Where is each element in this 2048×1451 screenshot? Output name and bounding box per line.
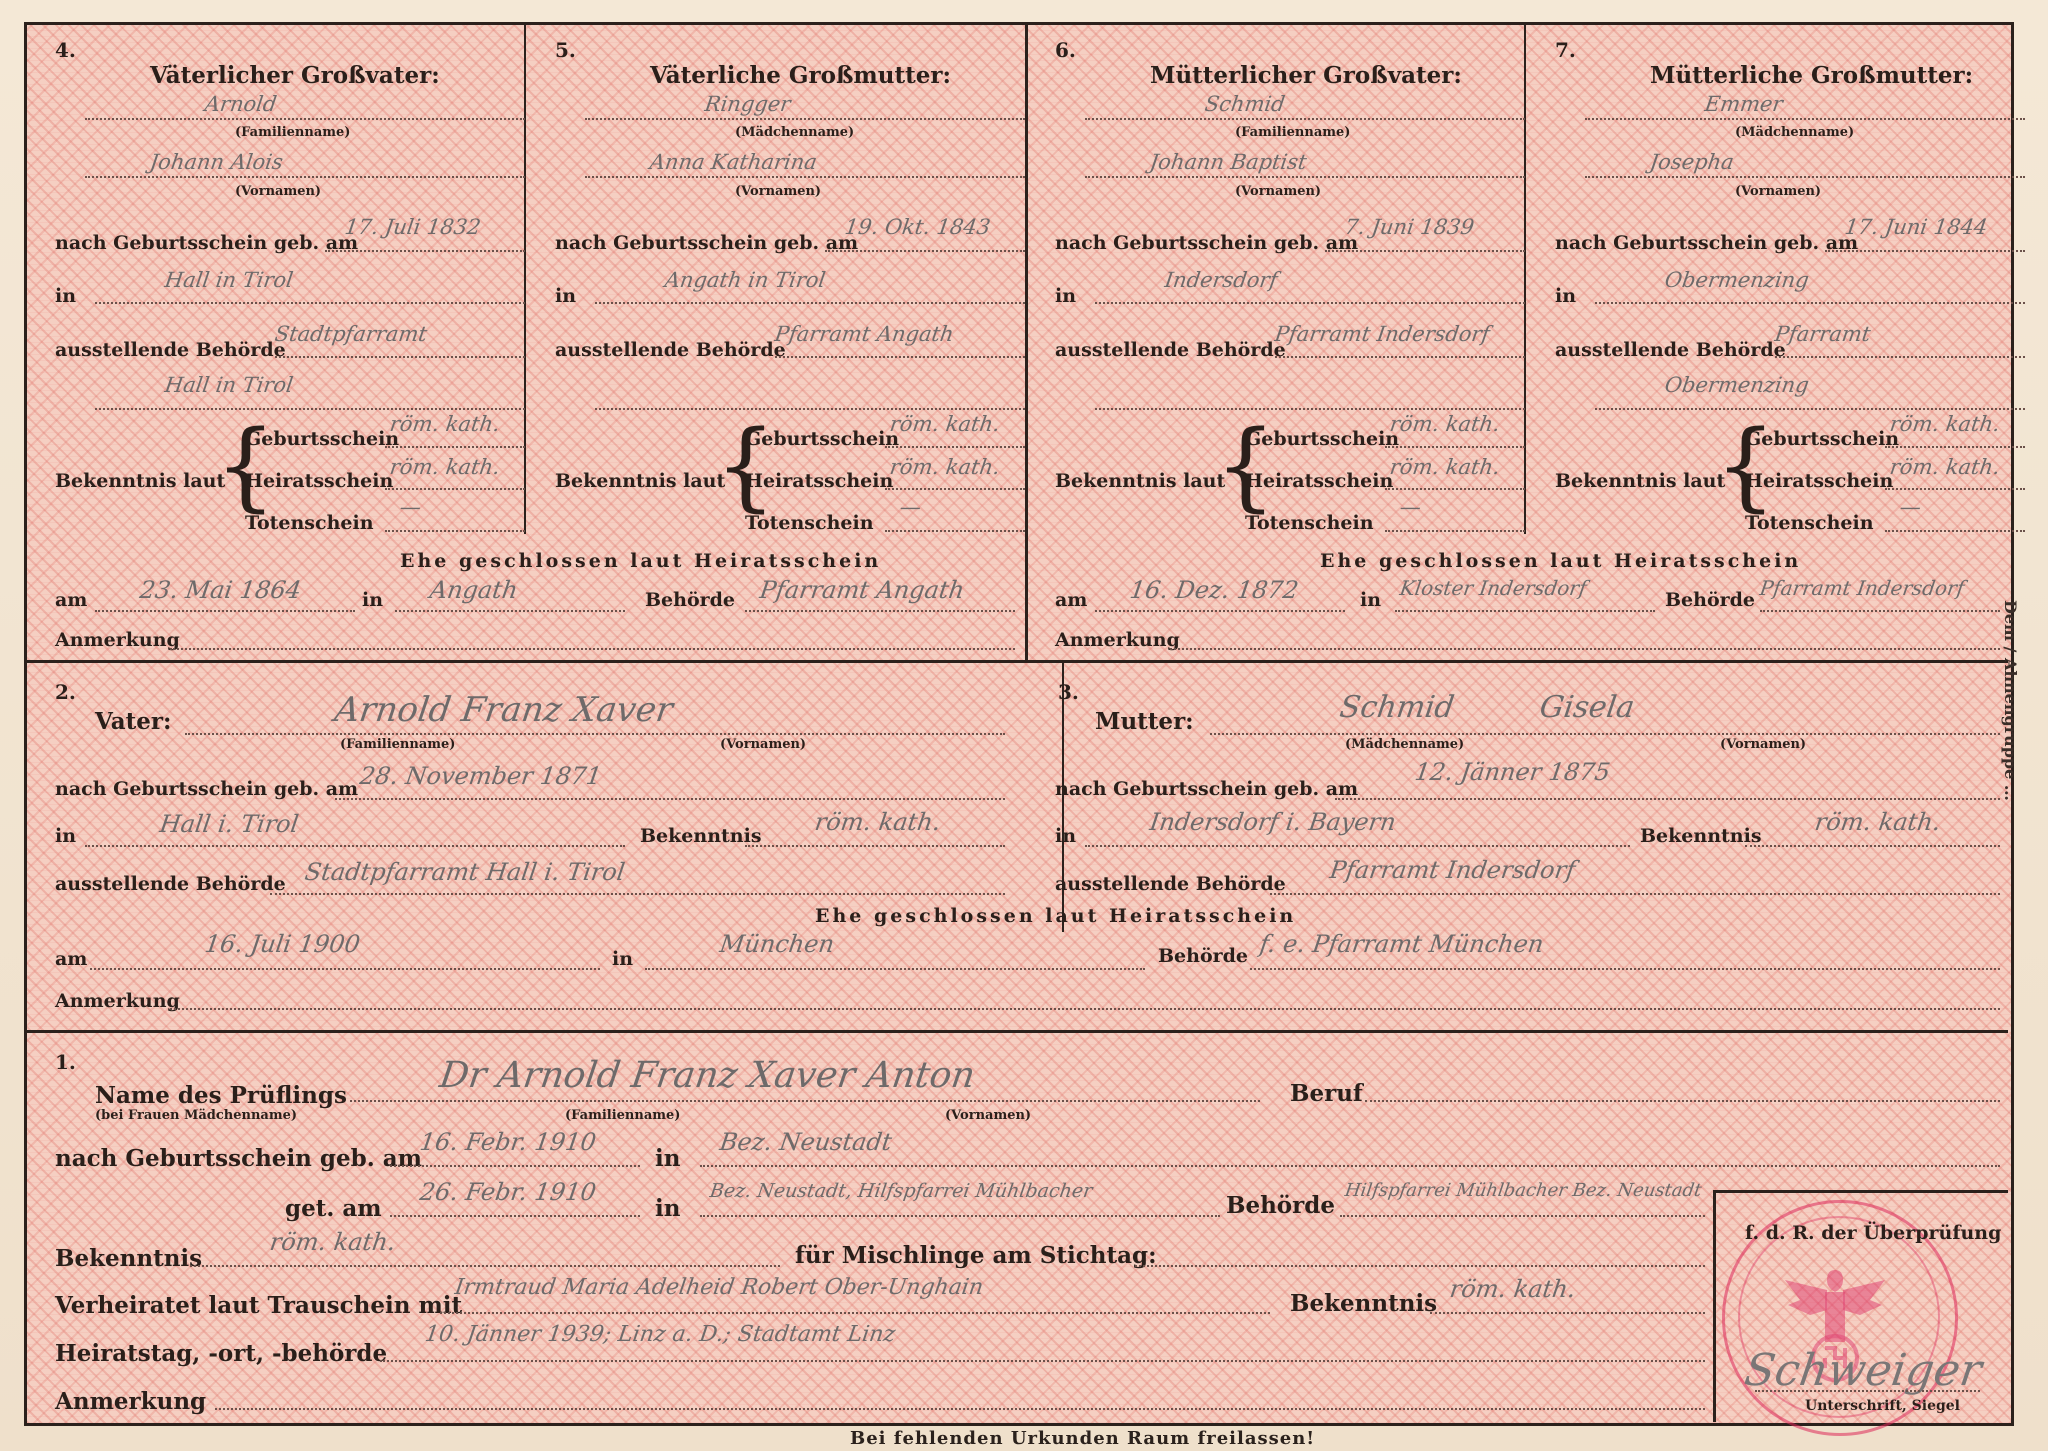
- parents-marriage-note-label: Anmerkung: [55, 990, 180, 1012]
- father-surname-caption: (Familienname): [340, 737, 455, 752]
- dotted-line: [1395, 610, 1655, 612]
- mother-religion[interactable]: röm. kath.: [1813, 808, 1942, 836]
- gp-authority[interactable]: Pfarramt Indersdorf: [1273, 322, 1491, 346]
- subject-name-label: Name des Prüflings: [95, 1082, 347, 1109]
- father-birth-date[interactable]: 28. November 1871: [358, 762, 603, 790]
- dotted-line: [825, 250, 1025, 252]
- dotted-line: [1755, 1390, 1980, 1392]
- dotted-line: [440, 1312, 1270, 1314]
- gp-authority[interactable]: Stadtpfarramt: [273, 322, 428, 346]
- gp-religion-label: Bekenntnis laut: [555, 470, 725, 492]
- gp-given-names[interactable]: Johann Alois: [148, 150, 284, 174]
- subject-spouse-religion-label: Bekenntnis: [1290, 1290, 1437, 1317]
- dotted-line: [95, 610, 355, 612]
- gp-birth-date[interactable]: 17. Juni 1844: [1843, 215, 1989, 239]
- dotted-line: [1085, 176, 1525, 178]
- subject-religion[interactable]: röm. kath.: [268, 1228, 397, 1256]
- dotted-line: [645, 968, 1145, 970]
- gp-religion-death[interactable]: —: [1898, 495, 1922, 519]
- subject-baptism-place[interactable]: Bez. Neustadt, Hilfspfarrei Mühlbacher: [708, 1180, 1093, 1202]
- gp-religion-birth[interactable]: röm. kath.: [388, 412, 501, 436]
- gp1-marriage-date[interactable]: 23. Mai 1864: [138, 576, 303, 604]
- parents-marriage-authority-label: Behörde: [1158, 945, 1248, 967]
- gp-authority-label: ausstellende Behörde: [1055, 339, 1286, 361]
- verification-signature-label: Unterschrift, Siegel: [1805, 1398, 1960, 1414]
- gp1-marriage-place[interactable]: Angath: [428, 576, 519, 604]
- dotted-line: [1595, 302, 2025, 304]
- mother-surname[interactable]: Schmid: [1338, 690, 1457, 725]
- subject-birth-label: nach Geburtsschein geb. am: [55, 1145, 422, 1172]
- gp-religion-birth[interactable]: röm. kath.: [1388, 412, 1501, 436]
- dotted-line: [885, 488, 1025, 490]
- father-birth-label: nach Geburtsschein geb. am: [55, 778, 358, 800]
- dotted-line: [1430, 1312, 1705, 1314]
- divider-col-4-5: [524, 22, 526, 534]
- subject-number: 1.: [55, 1050, 76, 1074]
- dotted-line: [85, 118, 525, 120]
- dotted-line: [1135, 1265, 1705, 1267]
- parents-marriage-place[interactable]: München: [718, 930, 836, 958]
- dotted-line: [1385, 488, 1525, 490]
- subject-baptism-in-label: in: [655, 1195, 680, 1222]
- dotted-line: [390, 1165, 640, 1167]
- dotted-line: [595, 408, 1025, 410]
- dotted-line: [1250, 968, 2000, 970]
- father-religion-label: Bekenntnis: [640, 825, 762, 847]
- gp-religion-label: Bekenntnis laut: [1555, 470, 1725, 492]
- gp1-marriage-authority-label: Behörde: [645, 589, 735, 611]
- stampbox-top: [1715, 1190, 2008, 1193]
- dotted-line: [85, 845, 625, 847]
- gp-surname[interactable]: Emmer: [1703, 92, 1784, 116]
- gp-religion-birth[interactable]: röm. kath.: [1888, 412, 2001, 436]
- subject-mischlinge-label: für Mischlinge am Stichtag:: [795, 1242, 1157, 1269]
- dotted-line: [885, 446, 1025, 448]
- dotted-line: [335, 798, 1005, 800]
- gp-given-caption: (Vornamen): [1235, 184, 1321, 199]
- dotted-line: [585, 118, 1025, 120]
- dotted-line: [385, 446, 525, 448]
- gp-birth-label: nach Geburtsschein geb. am: [1055, 232, 1358, 254]
- subject-occupation-label: Beruf: [1290, 1080, 1363, 1107]
- divider-col-6-7: [1524, 22, 1526, 534]
- father-name[interactable]: Arnold Franz Xaver: [332, 690, 675, 730]
- gp-given-caption: (Vornamen): [735, 184, 821, 199]
- parents-marriage-date[interactable]: 16. Juli 1900: [203, 930, 362, 958]
- gp-place-label: in: [1055, 285, 1076, 307]
- gp-religion-death[interactable]: —: [898, 495, 922, 519]
- gp-authority[interactable]: Pfarramt Angath: [773, 322, 955, 346]
- gp-religion-death[interactable]: —: [1398, 495, 1422, 519]
- subject-birth-place[interactable]: Bez. Neustadt: [718, 1128, 894, 1156]
- verification-title: f. d. R. der Überprüfung: [1745, 1222, 2001, 1244]
- gp-authority-label: ausstellende Behörde: [1555, 339, 1786, 361]
- dotted-line: [1210, 733, 2000, 735]
- dotted-line: [1585, 176, 2025, 178]
- subject-spouse-religion[interactable]: röm. kath.: [1448, 1275, 1577, 1303]
- subject-married-label: Verheiratet laut Trauschein mit: [55, 1292, 462, 1319]
- dotted-line: [1825, 250, 2025, 252]
- father-authority-label: ausstellende Behörde: [55, 873, 286, 895]
- dotted-line: [700, 1215, 1220, 1217]
- dotted-line: [95, 408, 525, 410]
- dotted-line: [1595, 408, 2025, 410]
- subject-baptism-date[interactable]: 26. Febr. 1910: [418, 1178, 598, 1206]
- subject-birth-in-label: in: [655, 1145, 680, 1172]
- gp-birth-label: nach Geburtsschein geb. am: [555, 232, 858, 254]
- gp-given-caption: (Vornamen): [235, 184, 321, 199]
- dotted-line: [1170, 648, 2000, 650]
- gp-authority-line2[interactable]: Hall in Tirol: [163, 373, 294, 397]
- gp2-marriage-authority-label: Behörde: [1665, 589, 1755, 611]
- subject-baptism-label: get. am: [285, 1195, 382, 1222]
- gp-birth-place[interactable]: Hall in Tirol: [163, 268, 294, 292]
- dotted-line: [1335, 798, 2000, 800]
- mother-surname-caption: (Mädchenname): [1345, 737, 1464, 752]
- father-place-label: in: [55, 825, 76, 847]
- gp-religion-label: Bekenntnis laut: [1055, 470, 1225, 492]
- gp-religion-label: Bekenntnis laut: [55, 470, 225, 492]
- gp-surname-caption: (Mädchenname): [1735, 125, 1854, 140]
- gp-number: 4.: [55, 38, 76, 62]
- gp-number: 6.: [1055, 38, 1076, 62]
- dotted-line: [350, 1100, 1260, 1102]
- gp-place-label: in: [1555, 285, 1576, 307]
- dotted-line: [90, 968, 600, 970]
- gp-surname[interactable]: Schmid: [1203, 92, 1286, 116]
- mother-title: Mutter:: [1095, 708, 1194, 735]
- dotted-line: [390, 1215, 640, 1217]
- gp-birth-label: nach Geburtsschein geb. am: [55, 232, 358, 254]
- subject-wedding-label: Heiratstag, -ort, -behörde: [55, 1340, 387, 1367]
- dotted-line: [95, 302, 525, 304]
- gp-title: Mütterlicher Großvater:: [1150, 62, 1462, 89]
- subject-birth-date[interactable]: 16. Febr. 1910: [418, 1128, 598, 1156]
- dotted-line: [1385, 530, 1525, 532]
- verification-signature: Schweiger: [1741, 1345, 1984, 1396]
- dotted-line: [395, 610, 625, 612]
- subject-baptism-authority-label: Behörde: [1226, 1192, 1335, 1219]
- gp-religion-marriage[interactable]: röm. kath.: [1388, 455, 1501, 479]
- edge-vertical-text: Dem / Ahnengruppe …: [2001, 600, 2020, 801]
- dotted-line: [380, 1360, 1705, 1362]
- dotted-line: [1325, 250, 1525, 252]
- curly-brace: {: [1215, 418, 1276, 514]
- parents-marriage-authority[interactable]: f. e. Pfarramt München: [1258, 930, 1545, 958]
- mother-birth-date[interactable]: 12. Jänner 1875: [1413, 758, 1612, 786]
- gp-title: Väterliche Großmutter:: [650, 62, 951, 89]
- dotted-line: [745, 845, 1005, 847]
- mother-number: 3.: [1058, 680, 1079, 704]
- gp-birth-date[interactable]: 19. Okt. 1843: [843, 215, 992, 239]
- dotted-line: [585, 176, 1025, 178]
- gp2-marriage-authority[interactable]: Pfarramt Indersdorf: [1758, 576, 1966, 600]
- stampbox-left: [1713, 1190, 1716, 1422]
- gp2-marriage-date[interactable]: 16. Dez. 1872: [1128, 576, 1300, 604]
- divider-parents-subject: [24, 1030, 2008, 1033]
- gp-birth-date[interactable]: 7. Juni 1839: [1343, 215, 1475, 239]
- subject-name-sublabel: (bei Frauen Mädchenname): [95, 1108, 297, 1123]
- subject-given-caption: (Vornamen): [945, 1108, 1031, 1123]
- gp-surname-caption: (Mädchenname): [735, 125, 854, 140]
- subject-note-label: Anmerkung: [55, 1388, 206, 1415]
- gp-number: 7.: [1555, 38, 1576, 62]
- gp2-marriage-am-label: am: [1055, 589, 1087, 611]
- mother-given-names[interactable]: Gisela: [1538, 690, 1637, 725]
- divider-center-top: [1025, 22, 1028, 662]
- gp-marriage-heading-left: Ehe geschlossen laut Heiratsschein: [400, 550, 881, 572]
- dotted-line: [885, 530, 1025, 532]
- gp-birth-place[interactable]: Angath in Tirol: [663, 268, 827, 292]
- parents-marriage-heading: Ehe geschlossen laut Heiratsschein: [815, 905, 1296, 927]
- dotted-line: [1085, 118, 1525, 120]
- father-number: 2.: [55, 680, 76, 704]
- dotted-line: [325, 250, 525, 252]
- gp-surname-caption: (Familienname): [1235, 125, 1350, 140]
- parents-marriage-am-label: am: [55, 948, 87, 970]
- divider-grandparents-parents: [24, 660, 2008, 663]
- dotted-line: [170, 1008, 2000, 1010]
- mother-authority-label: ausstellende Behörde: [1055, 873, 1286, 895]
- dotted-line: [1270, 893, 2000, 895]
- dotted-line: [275, 356, 525, 358]
- dotted-line: [1885, 446, 2025, 448]
- gp1-marriage-am-label: am: [55, 589, 87, 611]
- gp-place-label: in: [555, 285, 576, 307]
- mother-religion-label: Bekenntnis: [1640, 825, 1762, 847]
- dotted-line: [170, 648, 1015, 650]
- dotted-line: [1885, 530, 2025, 532]
- footer-note: Bei fehlenden Urkunden Raum freilassen!: [850, 1428, 1315, 1449]
- dotted-line: [775, 356, 1025, 358]
- gp2-marriage-note-label: Anmerkung: [1055, 629, 1180, 651]
- curly-brace: {: [1715, 418, 1776, 514]
- gp-religion-birth[interactable]: röm. kath.: [888, 412, 1001, 436]
- mother-birth-place[interactable]: Indersdorf i. Bayern: [1148, 808, 1398, 836]
- gp1-marriage-authority[interactable]: Pfarramt Angath: [758, 576, 966, 604]
- dotted-line: [1885, 488, 2025, 490]
- gp1-marriage-in-label: in: [362, 589, 383, 611]
- dotted-line: [1095, 408, 1525, 410]
- gp-given-caption: (Vornamen): [1735, 184, 1821, 199]
- subject-spouse[interactable]: Irmtraud Maria Adelheid Robert Ober-Ungh…: [453, 1275, 985, 1300]
- gp-title: Mütterliche Großmutter:: [1650, 62, 1973, 89]
- gp-authority-label: ausstellende Behörde: [555, 339, 786, 361]
- gp-place-label: in: [55, 285, 76, 307]
- curly-brace: {: [215, 418, 276, 514]
- dotted-line: [385, 488, 525, 490]
- father-religion[interactable]: röm. kath.: [813, 808, 942, 836]
- parents-marriage-in-label: in: [612, 948, 633, 970]
- dotted-line: [745, 610, 1015, 612]
- mother-given-caption: (Vornamen): [1720, 737, 1806, 752]
- gp-given-names[interactable]: Josepha: [1648, 150, 1735, 174]
- gp-authority[interactable]: Pfarramt: [1773, 322, 1872, 346]
- gp-surname-caption: (Familienname): [235, 125, 350, 140]
- mother-place-label: in: [1055, 825, 1076, 847]
- dotted-line: [1095, 610, 1345, 612]
- gp-religion-death[interactable]: —: [398, 495, 422, 519]
- gp-birth-place[interactable]: Indersdorf: [1163, 268, 1279, 292]
- father-given-caption: (Vornamen): [720, 737, 806, 752]
- gp-authority-line2[interactable]: Obermenzing: [1663, 373, 1810, 397]
- subject-surname-caption: (Familienname): [565, 1108, 680, 1123]
- gp2-marriage-place[interactable]: Kloster Indersdorf: [1398, 576, 1588, 600]
- gp-surname[interactable]: Arnold: [203, 92, 278, 116]
- gp-number: 5.: [555, 38, 576, 62]
- gp-religion-marriage[interactable]: röm. kath.: [1888, 455, 2001, 479]
- dotted-line: [1775, 356, 2025, 358]
- dotted-line: [700, 1165, 2000, 1167]
- dotted-line: [1085, 845, 1630, 847]
- dotted-line: [1095, 302, 1525, 304]
- subject-name[interactable]: Dr Arnold Franz Xaver Anton: [437, 1055, 977, 1096]
- dotted-line: [270, 893, 1005, 895]
- dotted-line: [385, 530, 525, 532]
- dotted-line: [1365, 1100, 2000, 1102]
- gp-title: Väterlicher Großvater:: [150, 62, 440, 89]
- father-birth-place[interactable]: Hall i. Tirol: [158, 810, 300, 838]
- gp-marriage-heading-right: Ehe geschlossen laut Heiratsschein: [1320, 550, 1801, 572]
- gp-birth-date[interactable]: 17. Juli 1832: [343, 215, 482, 239]
- father-title: Vater:: [95, 708, 172, 735]
- subject-religion-label: Bekenntnis: [55, 1245, 202, 1272]
- dotted-line: [1745, 845, 2000, 847]
- dotted-line: [1760, 610, 2000, 612]
- dotted-line: [1385, 446, 1525, 448]
- gp-birth-label: nach Geburtsschein geb. am: [1555, 232, 1858, 254]
- gp-given-names[interactable]: Johann Baptist: [1148, 150, 1308, 174]
- gp-authority-label: ausstellende Behörde: [55, 339, 286, 361]
- mother-birth-label: nach Geburtsschein geb. am: [1055, 778, 1358, 800]
- gp-religion-marriage[interactable]: röm. kath.: [888, 455, 1001, 479]
- dotted-line: [215, 1408, 1705, 1410]
- dotted-line: [185, 733, 1005, 735]
- gp1-marriage-note-label: Anmerkung: [55, 629, 180, 651]
- gp-given-names[interactable]: Anna Katharina: [648, 150, 818, 174]
- curly-brace: {: [715, 418, 776, 514]
- dotted-line: [1340, 1215, 1705, 1217]
- dotted-line: [85, 176, 525, 178]
- gp-religion-marriage[interactable]: röm. kath.: [388, 455, 501, 479]
- gp-surname[interactable]: Ringger: [703, 92, 792, 116]
- dotted-line: [595, 302, 1025, 304]
- father-authority[interactable]: Stadtpfarramt Hall i. Tirol: [303, 858, 627, 886]
- subject-baptism-authority[interactable]: Hilfspfarrei Mühlbacher Bez. Neustadt: [1344, 1180, 1703, 1201]
- dotted-line: [190, 1265, 780, 1267]
- gp2-marriage-in-label: in: [1360, 589, 1381, 611]
- mother-authority[interactable]: Pfarramt Indersdorf: [1328, 856, 1577, 884]
- subject-wedding[interactable]: 10. Jänner 1939; Linz a. D.; Stadtamt Li…: [423, 1322, 897, 1347]
- dotted-line: [1275, 356, 1525, 358]
- gp-birth-place[interactable]: Obermenzing: [1663, 268, 1810, 292]
- dotted-line: [1585, 118, 2025, 120]
